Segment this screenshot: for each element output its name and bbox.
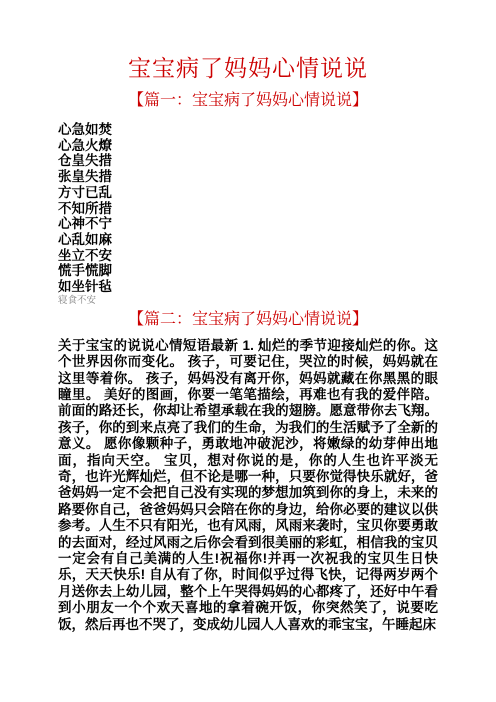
section1-heading: 【篇一：宝宝病了妈妈心情说说】 (0, 91, 496, 110)
idiom-item: 心乱如麻 (58, 232, 438, 248)
idiom-item: 如坐针毡 (58, 279, 438, 295)
idiom-list: 心急如焚 心急火燎 仓皇失措 张皇失措 方寸已乱 不知所措 心神不宁 心乱如麻 … (58, 122, 438, 307)
idiom-item: 仓皇失措 (58, 153, 438, 169)
idiom-item: 张皇失措 (58, 169, 438, 185)
section2-heading: 【篇二：宝宝病了妈妈心情说说】 (0, 310, 496, 329)
document-page: 宝宝病了妈妈心情说说 【篇一：宝宝病了妈妈心情说说】 心急如焚 心急火燎 仓皇失… (0, 0, 496, 702)
idiom-item: 心急如焚 (58, 122, 438, 138)
idiom-item: 坐立不安 (58, 248, 438, 264)
idiom-item: 心神不宁 (58, 216, 438, 232)
idiom-item: 不知所措 (58, 201, 438, 217)
section2-body: 关于宝宝的说说心情短语最新 1. 灿烂的季节迎接灿烂的你。这个世界因你而变化。 … (58, 338, 438, 633)
document-title: 宝宝病了妈妈心情说说 (0, 0, 496, 84)
idiom-item: 心急火燎 (58, 138, 438, 154)
idiom-item: 慌手慌脚 (58, 263, 438, 279)
idiom-item: 方寸已乱 (58, 185, 438, 201)
idiom-footnote: 寝食不安 (58, 295, 438, 307)
